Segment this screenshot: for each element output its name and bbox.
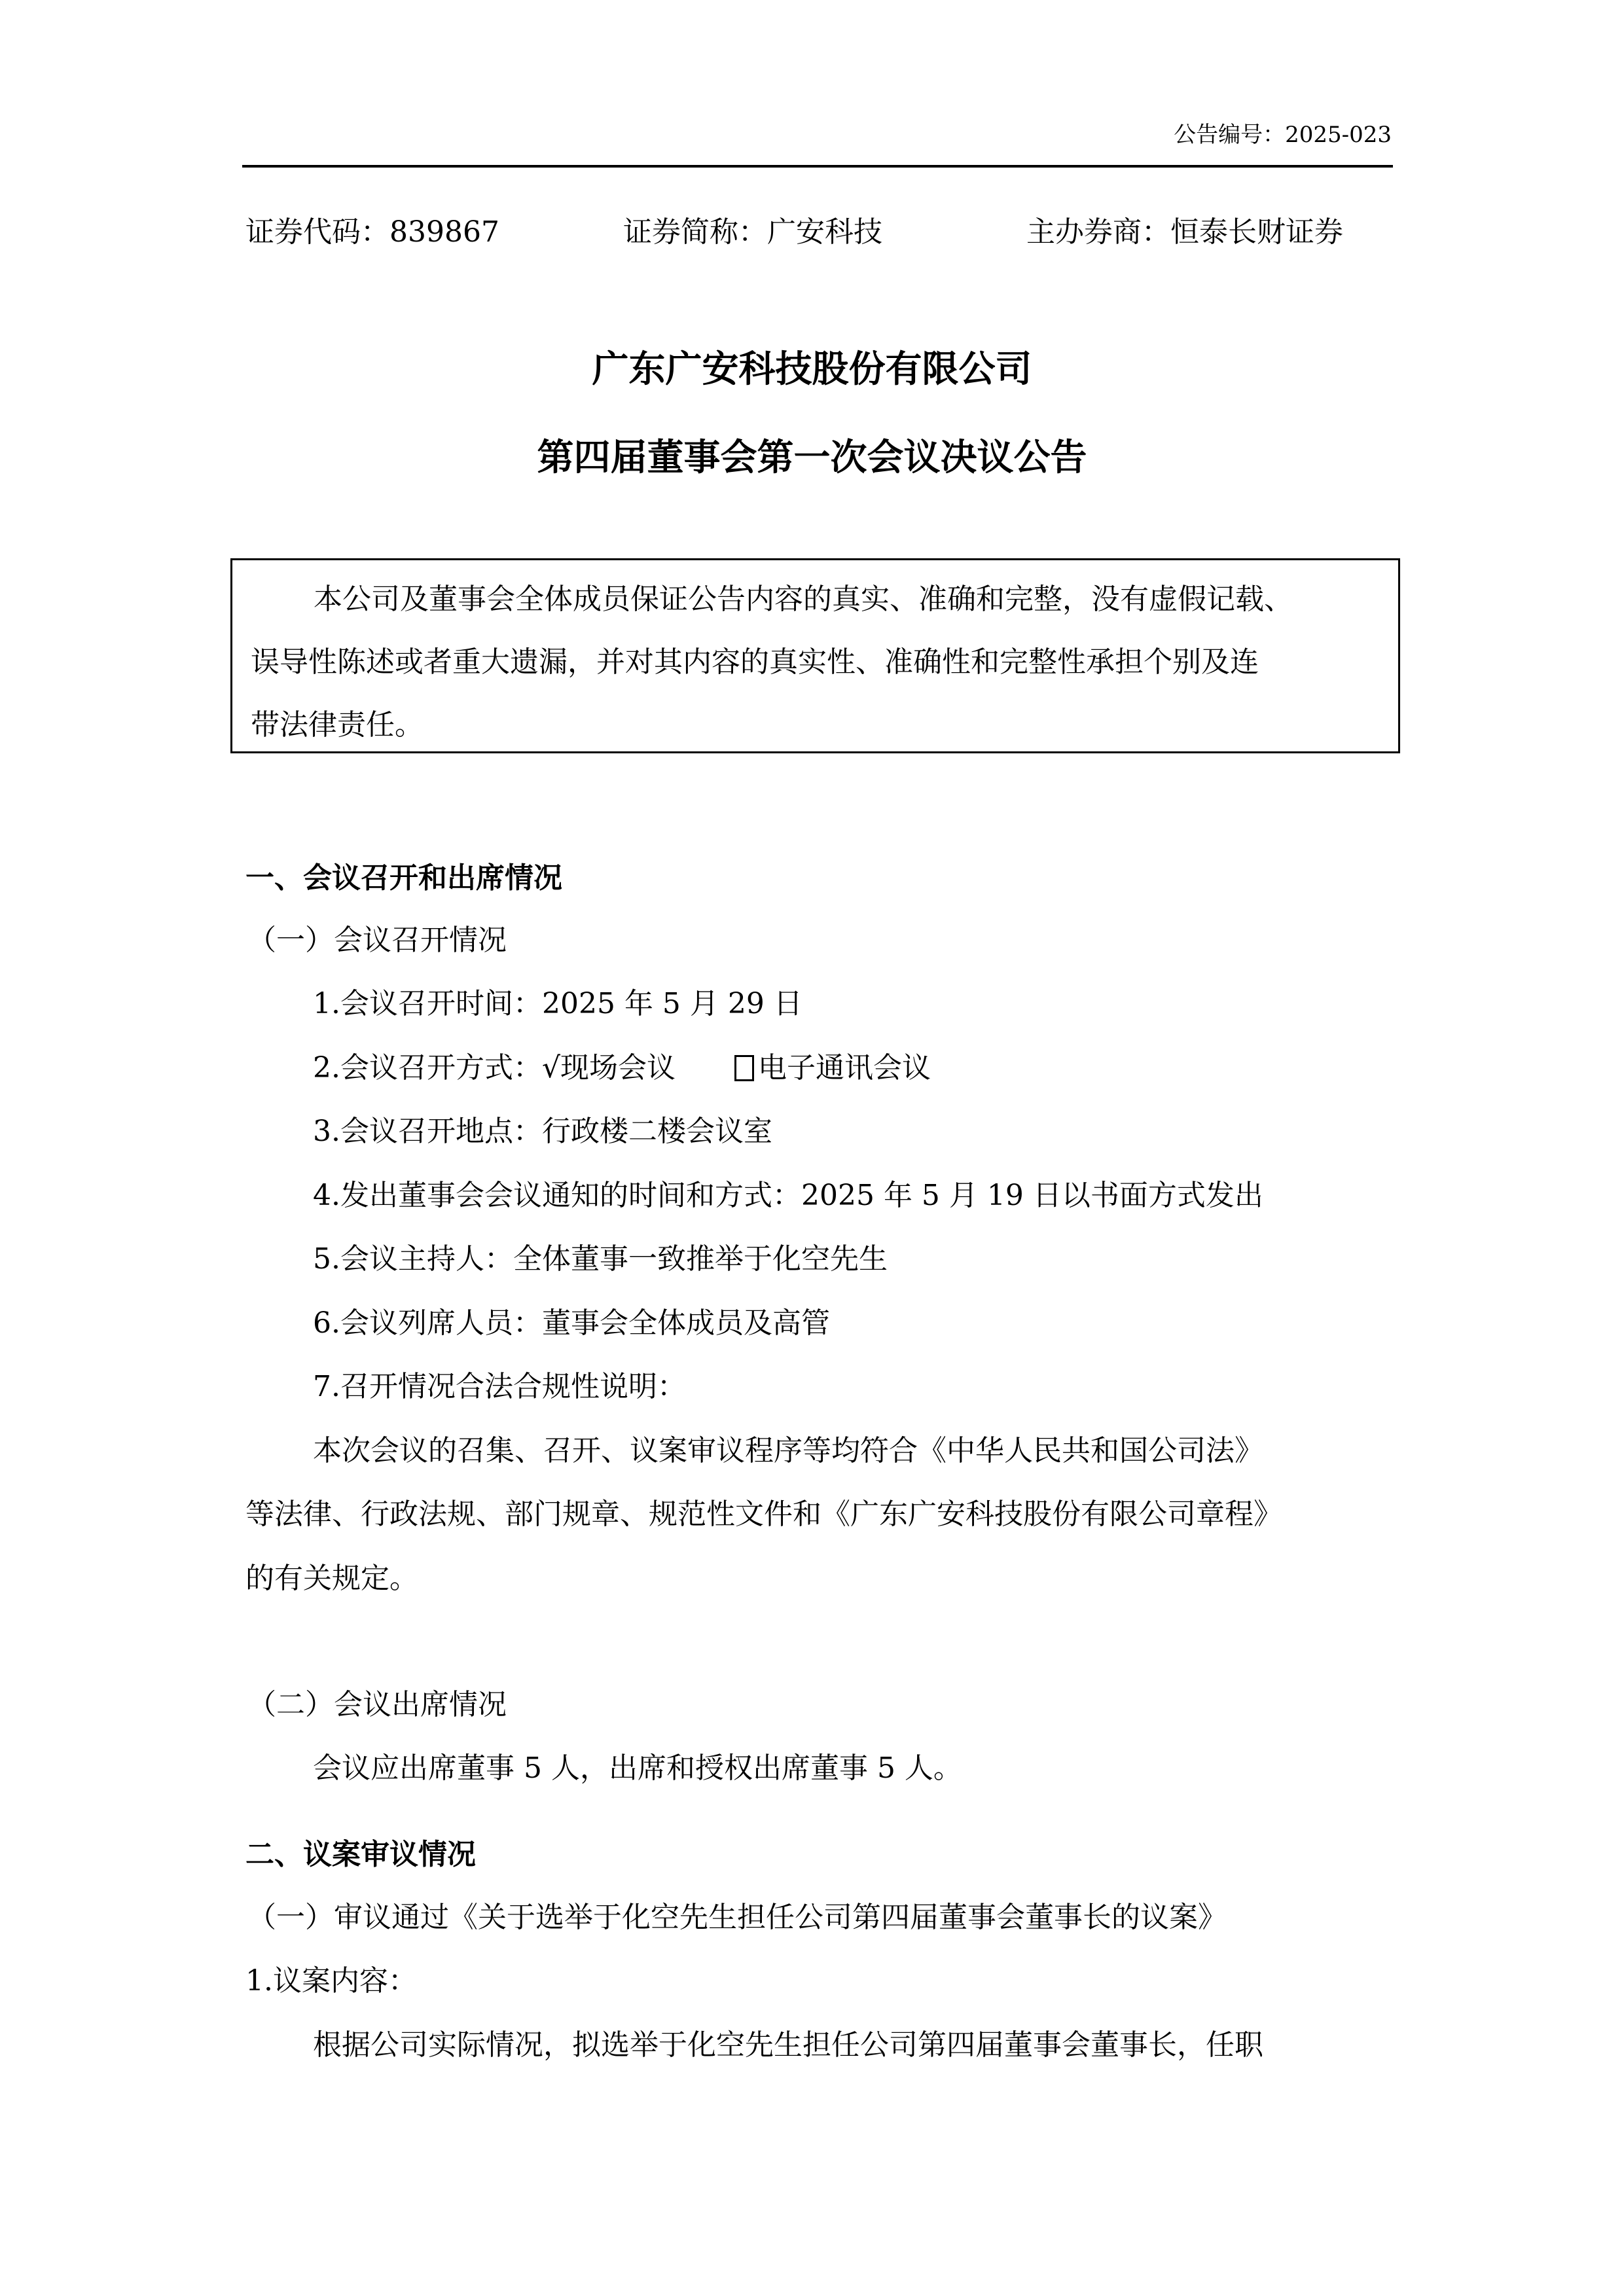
subsection-heading: （一）会议召开情况 bbox=[247, 916, 507, 958]
paragraph-line: 本次会议的召集、召开、议案审议程序等均符合《中华人民共和国公司法》 bbox=[313, 1427, 1263, 1469]
onsite-option: √现场会议 bbox=[542, 1051, 676, 1085]
list-item: 1.议案内容： bbox=[245, 1957, 417, 1999]
list-item: 6.会议列席人员：董事会全体成员及高管 bbox=[313, 1299, 830, 1341]
paragraph-line: 的有关规定。 bbox=[245, 1554, 418, 1596]
list-item: 5.会议主持人：全体董事一致推举于化空先生 bbox=[313, 1235, 888, 1277]
list-item-meeting-mode: 2.会议召开方式：√现场会议电子通讯会议 bbox=[313, 1044, 931, 1086]
header-divider bbox=[242, 165, 1393, 168]
section-heading-2: 二、议案审议情况 bbox=[245, 1831, 476, 1873]
security-code: 证券代码：839867 bbox=[245, 208, 499, 250]
list-item: 1.会议召开时间：2025 年 5 月 29 日 bbox=[313, 980, 803, 1022]
disclaimer-line: 带法律责任。 bbox=[251, 694, 1385, 757]
paragraph-line: 会议应出席董事 5 人，出席和授权出席董事 5 人。 bbox=[313, 1744, 962, 1786]
subsection-heading: （一）审议通过《关于选举于化空先生担任公司第四届董事会董事长的议案》 bbox=[247, 1893, 1227, 1935]
security-abbreviation: 证券简称：广安科技 bbox=[623, 208, 882, 250]
meeting-mode-label: 2.会议召开方式： bbox=[313, 1051, 542, 1085]
electronic-option: 电子通讯会议 bbox=[758, 1051, 931, 1085]
section-heading-1: 一、会议召开和出席情况 bbox=[245, 854, 562, 896]
sponsor-broker: 主办券商：恒泰长财证券 bbox=[1026, 208, 1343, 250]
announcement-title: 第四届董事会第一次会议决议公告 bbox=[0, 429, 1624, 481]
list-item: 7.召开情况合法合规性说明： bbox=[313, 1363, 686, 1405]
paragraph-line: 根据公司实际情况，拟选举于化空先生担任公司第四届董事会董事长，任职 bbox=[313, 2021, 1263, 2063]
disclaimer-line: 本公司及董事会全体成员保证公告内容的真实、准确和完整，没有虚假记载、 bbox=[251, 568, 1385, 631]
subsection-heading: （二）会议出席情况 bbox=[247, 1681, 507, 1723]
paragraph-line: 等法律、行政法规、部门规章、规范性文件和《广东广安科技股份有限公司章程》 bbox=[245, 1490, 1282, 1532]
disclaimer-box: 本公司及董事会全体成员保证公告内容的真实、准确和完整，没有虚假记载、 误导性陈述… bbox=[230, 558, 1400, 753]
checkbox-empty-icon bbox=[734, 1055, 754, 1081]
company-title: 广东广安科技股份有限公司 bbox=[0, 340, 1624, 393]
disclaimer-line: 误导性陈述或者重大遗漏，并对其内容的真实性、准确性和完整性承担个别及连 bbox=[251, 631, 1385, 694]
list-item: 3.会议召开地点：行政楼二楼会议室 bbox=[313, 1107, 772, 1149]
list-item: 4.发出董事会会议通知的时间和方式：2025 年 5 月 19 日以书面方式发出 bbox=[313, 1172, 1263, 1213]
announcement-number: 公告编号：2025-023 bbox=[1174, 117, 1392, 149]
